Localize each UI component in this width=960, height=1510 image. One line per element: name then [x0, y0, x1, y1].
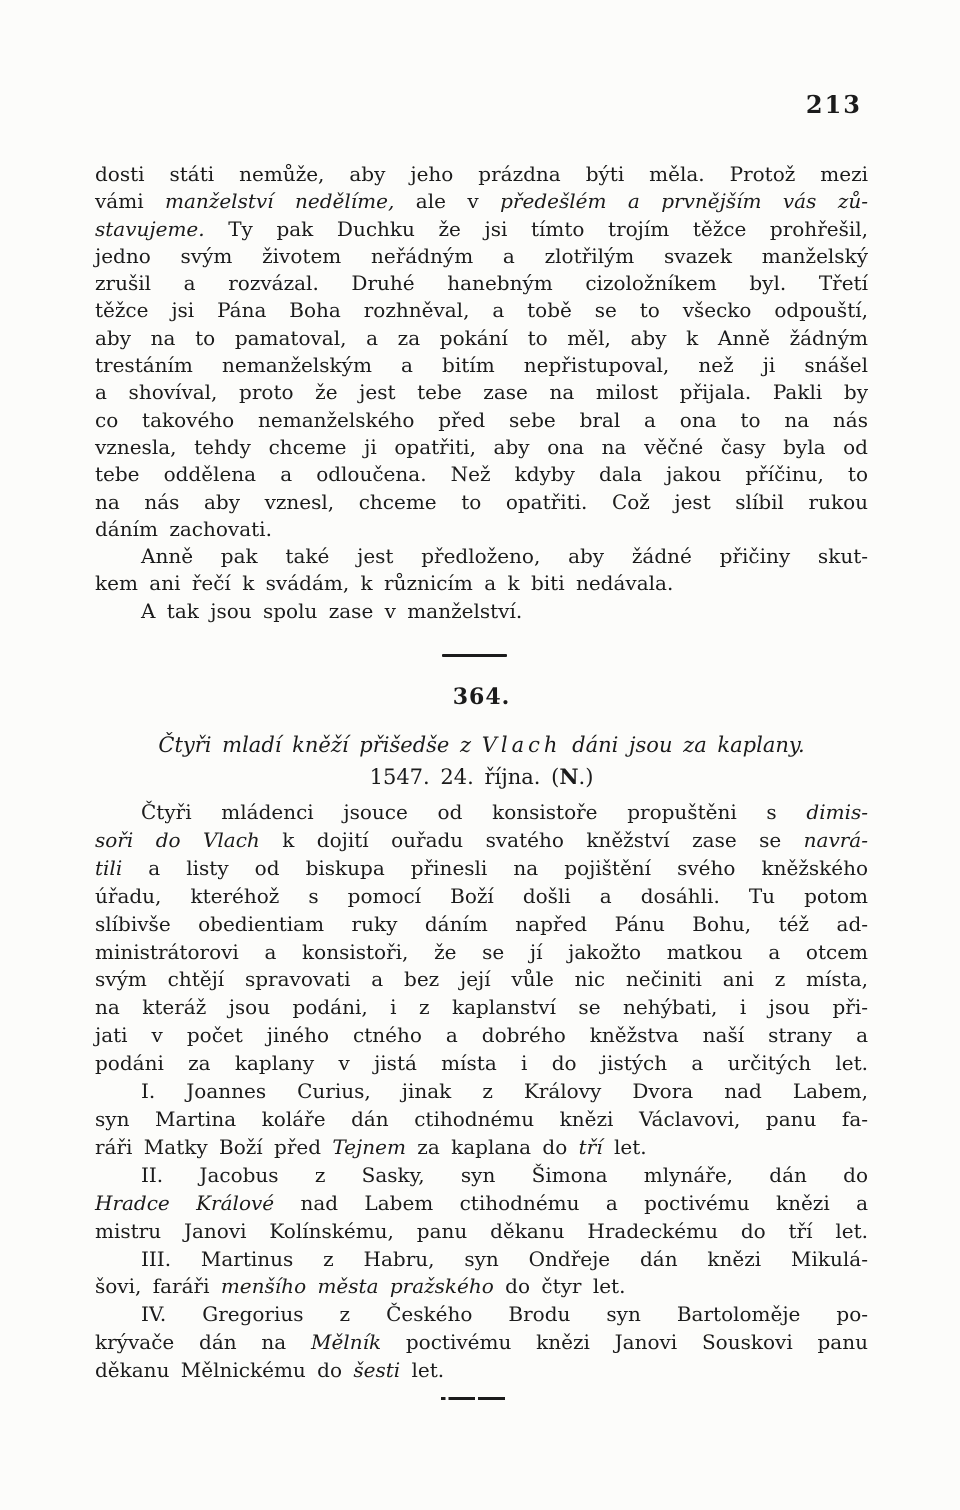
- text-line: jedno svým životem neřádným a zlotřilým …: [95, 243, 868, 270]
- text-segment: Hradce Králové: [95, 1191, 274, 1215]
- entry-title: Čtyři mladí kněží přišedše z Vlach dáni …: [95, 733, 868, 757]
- text-segment: na nás aby vznesl, chceme to opatřiti. C…: [95, 490, 868, 514]
- text-line: co takového nemanželského před sebe bral…: [95, 407, 868, 434]
- text-segment: navrá-: [804, 828, 868, 852]
- text-line: aby na to pamatoval, a za pokání to měl,…: [95, 325, 868, 352]
- text-segment: mistru Janovi Kolínskému, panu děkanu Hr…: [95, 1219, 868, 1243]
- text-line: ministrátorovi a konsistoři, že se jí ja…: [95, 939, 868, 967]
- paragraph: I. Joannes Curius, jinak z Královy Dvora…: [95, 1078, 868, 1162]
- text-segment: šovi, faráři: [95, 1274, 221, 1298]
- text-line: Čtyři mládenci jsouce od konsistoře prop…: [95, 799, 868, 827]
- paragraph: Čtyři mládenci jsouce od konsistoře prop…: [95, 799, 868, 1078]
- text-segment: k dojití ouřadu svatého kněžství zase se: [260, 828, 804, 852]
- text-segment: dimis-: [806, 800, 868, 824]
- text-segment: stavujeme.: [95, 217, 205, 241]
- page-number: 213: [806, 90, 862, 119]
- entry-364-text: Čtyři mládenci jsouce od konsistoře prop…: [95, 799, 868, 1385]
- text-segment: úřadu, kteréhož s pomocí Boží došli a do…: [95, 884, 868, 908]
- text-segment: tebe oddělena a odloučena. Než kdyby dal…: [95, 462, 868, 486]
- text-line: I. Joannes Curius, jinak z Královy Dvora…: [95, 1078, 868, 1106]
- text-segment: předešlém a prvnějším vás zů-: [500, 189, 868, 213]
- text-line: IV. Gregorius z Českého Brodu syn Bartol…: [95, 1301, 868, 1329]
- text-line: podáni za kaplany v jistá místa i do jis…: [95, 1050, 868, 1078]
- text-segment: menšího města pražského: [221, 1274, 494, 1298]
- text-segment: I. Joannes Curius, jinak z Královy Dvora…: [141, 1079, 868, 1103]
- text-segment: Vlach: [482, 733, 562, 757]
- text-segment: tili: [95, 856, 122, 880]
- end-divider: [441, 1397, 505, 1400]
- entry-date-line: 1547. 24. října. (N.): [95, 764, 868, 789]
- text-line: Anně pak také jest předloženo, aby žádné…: [95, 543, 868, 570]
- text-segment: trestáním nemanželským a bitím nepřistup…: [95, 353, 868, 377]
- text-segment: do čtyr let.: [494, 1274, 626, 1298]
- text-segment: ministrátorovi a konsistoři, že se jí ja…: [95, 940, 868, 964]
- text-line: Hradce Králové nad Labem ctihodnému a po…: [95, 1190, 868, 1218]
- text-line: III. Martinus z Habru, syn Ondřeje dán k…: [95, 1246, 868, 1274]
- text-segment: těžce jsi Pána Boha rozhněval, a tobě se…: [95, 298, 868, 322]
- text-segment: III. Martinus z Habru, syn Ondřeje dán k…: [141, 1247, 868, 1271]
- text-segment: svým chtějí spravovati a bez její vůle n…: [95, 967, 868, 991]
- text-segment: poctivému knězi Janovi Souskovi panu: [381, 1330, 868, 1354]
- text-segment: krývače dán na: [95, 1330, 311, 1354]
- text-segment: dáním zachovati.: [95, 517, 272, 541]
- paragraph: IV. Gregorius z Českého Brodu syn Bartol…: [95, 1301, 868, 1385]
- paragraph: III. Martinus z Habru, syn Ondřeje dán k…: [95, 1246, 868, 1302]
- text-segment: co takového nemanželského před sebe bral…: [95, 408, 868, 432]
- text-segment: aby na to pamatoval, a za pokání to měl,…: [95, 326, 868, 350]
- text-line: soři do Vlach k dojití ouřadu svatého kn…: [95, 827, 868, 855]
- text-line: šovi, faráři menšího města pražského do …: [95, 1273, 868, 1301]
- text-segment: podáni za kaplany v jistá místa i do jis…: [95, 1051, 868, 1075]
- text-line: II. Jacobus z Sasky, syn Šimona mlynáře,…: [95, 1162, 868, 1190]
- text-segment: Čtyři mládenci jsouce od konsistoře prop…: [141, 800, 806, 824]
- text-line: stavujeme. Ty pak Duchku že jsi tímto tr…: [95, 216, 868, 243]
- text-line: krývače dán na Mělník poctivému knězi Ja…: [95, 1329, 868, 1357]
- entry-number: 364.: [95, 684, 868, 710]
- text-line: trestáním nemanželským a bitím nepřistup…: [95, 352, 868, 379]
- text-line: slíbivše obedientiam ruky dáním napřed P…: [95, 911, 868, 939]
- text-line: tili a listy od biskupa přinesli na poji…: [95, 855, 868, 883]
- text-segment: slíbivše obedientiam ruky dáním napřed P…: [95, 912, 868, 936]
- text-segment: šesti: [353, 1358, 400, 1382]
- text-segment: IV. Gregorius z Českého Brodu syn Bartol…: [141, 1302, 868, 1326]
- text-line: dosti státi nemůže, aby jeho prázdna být…: [95, 161, 868, 188]
- text-segment: soři do Vlach: [95, 828, 260, 852]
- paragraph: dosti státi nemůže, aby jeho prázdna být…: [95, 161, 868, 543]
- text-line: mistru Janovi Kolínskému, panu děkanu Hr…: [95, 1218, 868, 1246]
- text-segment: Čtyři mladí kněží přišedše z: [158, 733, 481, 757]
- text-segment: syn Martina koláře dán ctihodnému knězi …: [95, 1107, 868, 1131]
- text-segment: a shovíval, proto že jest tebe zase na m…: [95, 380, 868, 404]
- text-segment: Tejnem: [332, 1135, 406, 1159]
- text-segment: vznesla, tehdy chceme ji opatřiti, aby o…: [95, 435, 868, 459]
- text-segment: let.: [400, 1358, 444, 1382]
- entry-363-continuation-text: dosti státi nemůže, aby jeho prázdna být…: [95, 161, 868, 625]
- text-line: na nás aby vznesl, chceme to opatřiti. C…: [95, 489, 868, 516]
- text-line: děkanu Mělnickému do šesti let.: [95, 1357, 868, 1385]
- text-segment: jati v počet jiného ctného a dobrého kně…: [95, 1023, 868, 1047]
- text-segment: dosti státi nemůže, aby jeho prázdna být…: [95, 162, 868, 186]
- text-segment: vámi: [95, 189, 165, 213]
- text-segment: Mělník: [311, 1330, 381, 1354]
- text-segment: let.: [603, 1135, 647, 1159]
- text-line: syn Martina koláře dán ctihodnému knězi …: [95, 1106, 868, 1134]
- paragraph: Anně pak také jest předloženo, aby žádné…: [95, 543, 868, 598]
- text-segment: děkanu Mělnickému do: [95, 1358, 353, 1382]
- text-segment: Anně pak také jest předloženo, aby žádné…: [141, 544, 868, 568]
- text-line: jati v počet jiného ctného a dobrého kně…: [95, 1022, 868, 1050]
- text-segment: nad Labem ctihodnému a poctivému knězi a: [274, 1191, 868, 1215]
- text-line: úřadu, kteréhož s pomocí Boží došli a do…: [95, 883, 868, 911]
- text-segment: dáni jsou za kaplany.: [561, 733, 804, 757]
- text-segment: ale v: [394, 189, 500, 213]
- text-segment: 1547. 24. října. (: [370, 765, 560, 789]
- text-segment: a listy od biskupa přinesli na pojištění…: [122, 856, 868, 880]
- text-line: vámi manželství nedělíme, ale v předešlé…: [95, 188, 868, 215]
- text-segment: N: [559, 764, 578, 789]
- text-line: svým chtějí spravovati a bez její vůle n…: [95, 966, 868, 994]
- text-line: těžce jsi Pána Boha rozhněval, a tobě se…: [95, 297, 868, 324]
- text-line: tebe oddělena a odloučena. Než kdyby dal…: [95, 461, 868, 488]
- text-line: zrušil a rozvázal. Druhé hanebným cizolo…: [95, 270, 868, 297]
- text-segment: Ty pak Duchku že jsi tímto trojím těžce …: [205, 217, 868, 241]
- text-segment: tří: [579, 1135, 603, 1159]
- text-line: na kteráž jsou podáni, i z kaplanství se…: [95, 994, 868, 1022]
- text-segment: ráři Matky Boží před: [95, 1135, 332, 1159]
- paragraph: A tak jsou spolu zase v manželství.: [95, 598, 868, 625]
- text-segment: na kteráž jsou podáni, i z kaplanství se…: [95, 995, 868, 1019]
- book-page: 213 dosti státi nemůže, aby jeho prázdna…: [0, 0, 960, 1510]
- text-line: kem ani řečí k svádám, k různicím a k bi…: [95, 570, 868, 597]
- text-line: ráři Matky Boží před Tejnem za kaplana d…: [95, 1134, 868, 1162]
- text-segment: manželství nedělíme,: [165, 189, 394, 213]
- text-segment: .): [579, 765, 594, 789]
- text-line: vznesla, tehdy chceme ji opatřiti, aby o…: [95, 434, 868, 461]
- text-segment: kem ani řečí k svádám, k různicím a k bi…: [95, 571, 673, 595]
- section-divider: [442, 654, 507, 657]
- text-segment: jedno svým životem neřádným a zlotřilým …: [95, 244, 868, 268]
- text-segment: zrušil a rozvázal. Druhé hanebným cizolo…: [95, 271, 868, 295]
- text-segment: A tak jsou spolu zase v manželství.: [141, 599, 522, 623]
- text-line: a shovíval, proto že jest tebe zase na m…: [95, 379, 868, 406]
- text-segment: za kaplana do: [406, 1135, 579, 1159]
- text-line: A tak jsou spolu zase v manželství.: [95, 598, 868, 625]
- text-line: dáním zachovati.: [95, 516, 868, 543]
- text-segment: II. Jacobus z Sasky, syn Šimona mlynáře,…: [141, 1163, 868, 1187]
- paragraph: II. Jacobus z Sasky, syn Šimona mlynáře,…: [95, 1162, 868, 1246]
